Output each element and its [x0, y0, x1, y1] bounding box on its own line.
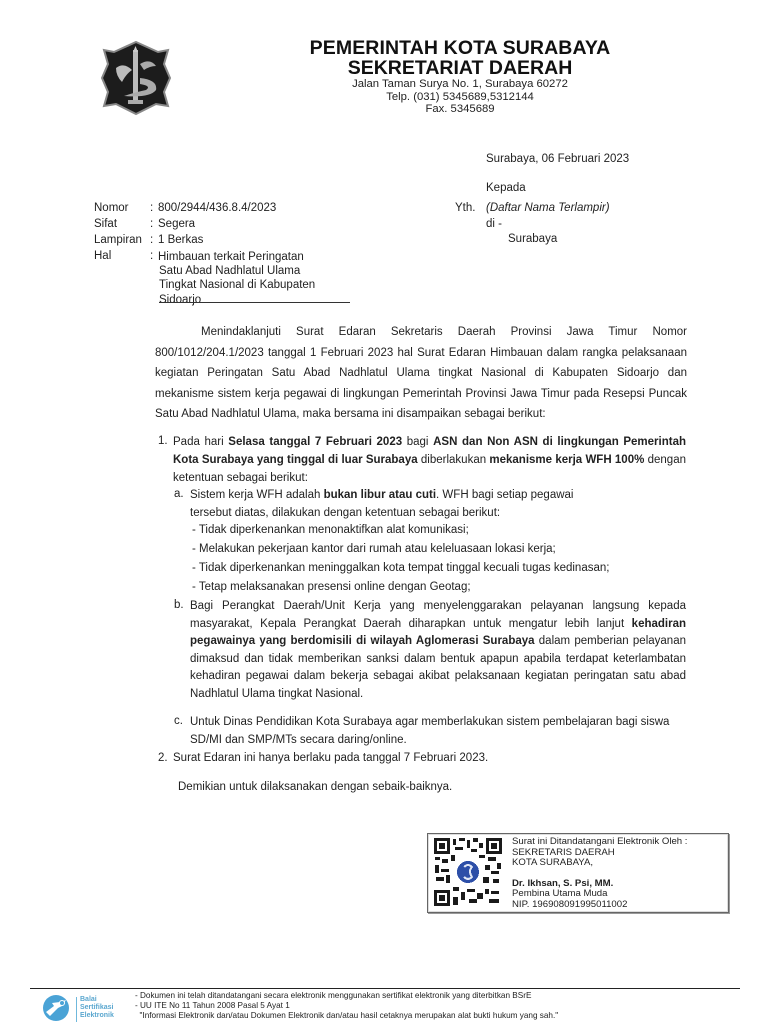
recipient-di: di -: [486, 217, 502, 233]
meta-lampiran: Lampiran : 1 Berkas: [94, 233, 315, 249]
address: Jalan Taman Surya No. 1, Surabaya 60272: [250, 78, 670, 91]
item-1-text: Pada hari Selasa tanggal 7 Februari 2023…: [173, 434, 686, 487]
subject-underline: [159, 302, 350, 303]
signature-details: Surat ini Ditandatangani Elektronik Oleh…: [512, 837, 687, 911]
item-c-text: Untuk Dinas Pendidikan Kota Surabaya aga…: [190, 714, 686, 749]
recipient-kepada: Kepada: [486, 181, 526, 197]
phone: Telp. (031) 5345689,5312144: [250, 91, 670, 104]
item-a-text: Sistem kerja WFH adalah bukan libur atau…: [190, 487, 610, 523]
item-c-number: c.: [174, 714, 183, 730]
surabaya-emblem-icon: [100, 40, 172, 116]
bsre-name: Balai Sertifikasi Elektronik: [80, 996, 114, 1020]
electronic-signature-box: Surat ini Ditandatangani Elektronik Oleh…: [427, 833, 729, 913]
item-2-text: Surat Edaran ini hanya berlaku pada tang…: [173, 751, 488, 767]
intro-paragraph: Menindaklanjuti Surat Edaran Sekretaris …: [155, 322, 687, 425]
footer-note: - UU ITE No 11 Tahun 2008 Pasal 5 Ayat 1: [135, 1001, 558, 1011]
footer-notes: - Dokumen ini telah ditandatangani secar…: [135, 991, 558, 1021]
recipient-city: Surabaya: [508, 232, 557, 248]
nomor-value: 800/2944/436.8.4/2023: [158, 201, 276, 217]
list-item: - Tetap melaksanakan presensi online den…: [192, 578, 609, 597]
letterhead-subtitle: SEKRETARIAT DAERAH: [250, 57, 670, 80]
item-a-number: a.: [174, 487, 184, 503]
item-1-number: 1.: [158, 434, 168, 450]
fax: Fax. 5345689: [250, 103, 670, 116]
list-item: - Melakukan pekerjaan kantor dari rumah …: [192, 540, 609, 559]
bsre-logo-divider: [76, 997, 77, 1022]
signature-statement: Surat ini Ditandatangani Elektronik Oleh…: [512, 837, 687, 848]
list-item: - Tidak diperkenankan menonaktifkan alat…: [192, 521, 609, 540]
signer-nip: NIP. 196908091995011002: [512, 900, 687, 911]
item-b-number: b.: [174, 598, 184, 614]
sifat-value: Segera: [158, 217, 195, 233]
meta-hal: Hal : Himbauan terkait Peringatan Satu A…: [94, 249, 315, 307]
signer-office: KOTA SURABAYA,: [512, 858, 687, 869]
lampiran-value: 1 Berkas: [158, 233, 203, 249]
letter-meta: Nomor : 800/2944/436.8.4/2023 Sifat : Se…: [94, 201, 315, 307]
closing-sentence: Demikian untuk dilaksanakan dengan sebai…: [178, 780, 452, 796]
wfh-rules-list: - Tidak diperkenankan menonaktifkan alat…: [192, 521, 609, 597]
footer-note: "Informasi Elektronik dan/atau Dokumen E…: [135, 1011, 558, 1021]
bsre-logo-icon: [40, 994, 72, 1022]
list-item: - Tidak diperkenankan meninggalkan kota …: [192, 559, 609, 578]
footer-divider: [30, 988, 740, 989]
recipient-yth-label: Yth.: [455, 201, 475, 217]
footer-note: - Dokumen ini telah ditandatangani secar…: [135, 991, 558, 1001]
letterhead-contact: Jalan Taman Surya No. 1, Surabaya 60272 …: [250, 78, 670, 116]
qr-code-icon[interactable]: [433, 837, 503, 907]
hal-value: Himbauan terkait Peringatan Satu Abad Na…: [158, 249, 315, 307]
recipient-name: (Daftar Nama Terlampir): [486, 201, 610, 217]
meta-nomor: Nomor : 800/2944/436.8.4/2023: [94, 201, 315, 217]
item-b-text: Bagi Perangkat Daerah/Unit Kerja yang me…: [190, 598, 686, 704]
meta-sifat: Sifat : Segera: [94, 217, 315, 233]
letter-date: Surabaya, 06 Februari 2023: [486, 152, 629, 168]
item-2-number: 2.: [158, 751, 168, 767]
